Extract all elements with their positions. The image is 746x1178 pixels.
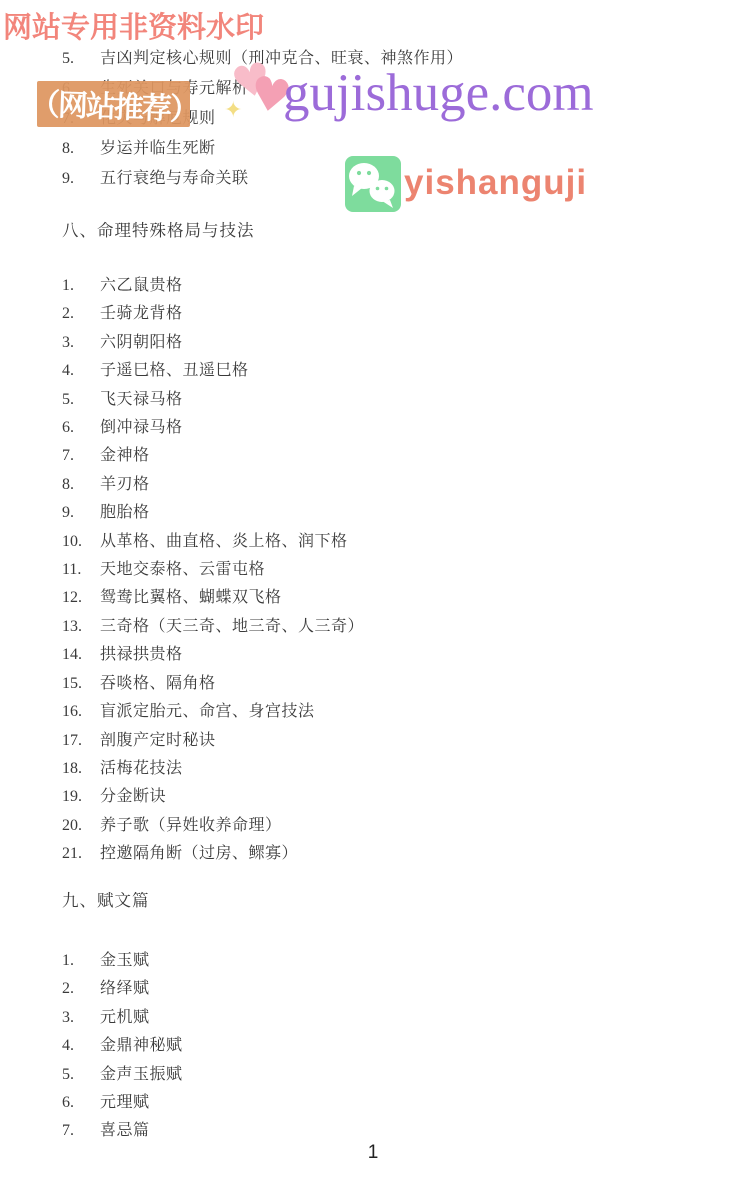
list-item: 17.剖腹产定时秘诀: [0, 727, 746, 755]
item-number: 5.: [62, 44, 100, 74]
item-number: 16.: [62, 698, 100, 726]
item-text: 养子歌（异姓收养命理）: [100, 817, 282, 834]
item-text: 控邀隔角断（过房、鳏寡）: [100, 845, 298, 862]
list-item: 11.天地交泰格、云雷屯格: [0, 556, 746, 584]
list-item: 1.六乙鼠贵格: [0, 272, 746, 300]
item-text: 金鼎神秘赋: [100, 1037, 183, 1054]
item-number: 14.: [62, 641, 100, 669]
item-text: 岁运并临生死断: [100, 140, 216, 157]
item-number: 4.: [62, 1032, 100, 1060]
watermark-domain-text: gujishuge.com: [283, 64, 594, 122]
section-heading: 九、赋文篇: [62, 886, 746, 916]
section-heading: 八、命理特殊格局与技法: [62, 216, 746, 246]
list-item: 2.络绎赋: [0, 975, 746, 1003]
list-item: 4.子遥巳格、丑遥巳格: [0, 357, 746, 385]
item-number: 21.: [62, 840, 100, 868]
item-text: 络绎赋: [100, 980, 150, 997]
item-number: 3.: [62, 329, 100, 357]
list-item: 2.壬骑龙背格: [0, 300, 746, 328]
item-text: 六乙鼠贵格: [100, 277, 183, 294]
item-number: 19.: [62, 783, 100, 811]
list-item: 10.从革格、曲直格、炎上格、润下格: [0, 528, 746, 556]
item-text: 活梅花技法: [100, 760, 183, 777]
item-number: 5.: [62, 386, 100, 414]
list-item: 15.吞啖格、隔角格: [0, 670, 746, 698]
item-text: 从革格、曲直格、炎上格、润下格: [100, 533, 348, 550]
list-item: 12.鸳鸯比翼格、蝴蝶双飞格: [0, 584, 746, 612]
section9-list: 1.金玉赋 2.络绎赋 3.元机赋 4.金鼎神秘赋 5.金声玉振赋 6.元理赋 …: [0, 947, 746, 1146]
item-text: 天地交泰格、云雷屯格: [100, 561, 265, 578]
item-number: 7.: [62, 442, 100, 470]
item-text: 六阴朝阳格: [100, 334, 183, 351]
list-item: 9.胞胎格: [0, 499, 746, 527]
item-number: 1.: [62, 272, 100, 300]
list-item: 7.金神格: [0, 442, 746, 470]
item-number: 1.: [62, 947, 100, 975]
list-item: 3.六阴朝阳格: [0, 329, 746, 357]
item-number: 3.: [62, 1004, 100, 1032]
wechat-icon: [345, 156, 401, 212]
item-text: 鸳鸯比翼格、蝴蝶双飞格: [100, 589, 282, 606]
list-item: 5.飞天禄马格: [0, 386, 746, 414]
list-item: 5.金声玉振赋: [0, 1061, 746, 1089]
section8-heading-block: 八、命理特殊格局与技法: [0, 216, 746, 246]
item-text: 拱禄拱贵格: [100, 646, 183, 663]
list-item: 1.金玉赋: [0, 947, 746, 975]
item-text: 子遥巳格、丑遥巳格: [100, 362, 249, 379]
item-number: 17.: [62, 727, 100, 755]
watermark-site-badge: （网站推荐）: [37, 81, 190, 127]
item-text: 金声玉振赋: [100, 1066, 183, 1083]
item-text: 金神格: [100, 447, 150, 464]
item-number: 8.: [62, 134, 100, 164]
section9-heading-block: 九、赋文篇: [0, 886, 746, 916]
list-item: 8.羊刃格: [0, 471, 746, 499]
item-text: 喜忌篇: [100, 1122, 150, 1139]
watermark-wechat-id: yishanguji: [404, 163, 587, 203]
item-text: 吞啖格、隔角格: [100, 675, 216, 692]
item-text: 剖腹产定时秘诀: [100, 732, 216, 749]
item-number: 5.: [62, 1061, 100, 1089]
list-item: 14.拱禄拱贵格: [0, 641, 746, 669]
list-item: 16.盲派定胎元、命宫、身宫技法: [0, 698, 746, 726]
item-number: 2.: [62, 975, 100, 1003]
page-number: 1: [0, 1142, 746, 1164]
item-text: 元理赋: [100, 1094, 150, 1111]
item-number: 10.: [62, 528, 100, 556]
item-text: 金玉赋: [100, 952, 150, 969]
list-item: 6.元理赋: [0, 1089, 746, 1117]
item-text: 元机赋: [100, 1009, 150, 1026]
item-number: 12.: [62, 584, 100, 612]
item-text: 三奇格（天三奇、地三奇、人三奇）: [100, 618, 364, 635]
item-number: 9.: [62, 499, 100, 527]
item-number: 11.: [62, 556, 100, 584]
list-item: 6.倒冲禄马格: [0, 414, 746, 442]
item-text: 飞天禄马格: [100, 391, 183, 408]
item-text: 羊刃格: [100, 476, 150, 493]
item-number: 6.: [62, 414, 100, 442]
item-number: 18.: [62, 755, 100, 783]
list-item: 20.养子歌（异姓收养命理）: [0, 812, 746, 840]
item-number: 6.: [62, 1089, 100, 1117]
list-item: 3.元机赋: [0, 1004, 746, 1032]
item-text: 五行衰绝与寿命关联: [100, 170, 249, 187]
item-number: 4.: [62, 357, 100, 385]
item-text: 胞胎格: [100, 504, 150, 521]
badge-text: （网站推荐）: [29, 79, 198, 129]
item-number: 13.: [62, 613, 100, 641]
item-text: 分金断诀: [100, 788, 166, 805]
list-item: 19.分金断诀: [0, 783, 746, 811]
item-text: 盲派定胎元、命宫、身宫技法: [100, 703, 315, 720]
watermark-top-text: 网站专用非资料水印: [3, 5, 264, 46]
item-number: 20.: [62, 812, 100, 840]
list-item: 21.控邀隔角断（过房、鳏寡）: [0, 840, 746, 868]
item-text: 壬骑龙背格: [100, 305, 183, 322]
list-item: 18.活梅花技法: [0, 755, 746, 783]
item-text: 倒冲禄马格: [100, 419, 183, 436]
item-number: 2.: [62, 300, 100, 328]
section8-list: 1.六乙鼠贵格 2.壬骑龙背格 3.六阴朝阳格 4.子遥巳格、丑遥巳格 5.飞天…: [0, 272, 746, 869]
item-number: 15.: [62, 670, 100, 698]
item-number: 8.: [62, 471, 100, 499]
document-page: 5.吉凶判定核心规则（刑冲克合、旺衰、神煞作用） 6.生死关口与寿元解析 7.化…: [0, 0, 746, 1178]
list-item: 4.金鼎神秘赋: [0, 1032, 746, 1060]
item-number: 9.: [62, 164, 100, 194]
list-item: 13.三奇格（天三奇、地三奇、人三奇）: [0, 613, 746, 641]
